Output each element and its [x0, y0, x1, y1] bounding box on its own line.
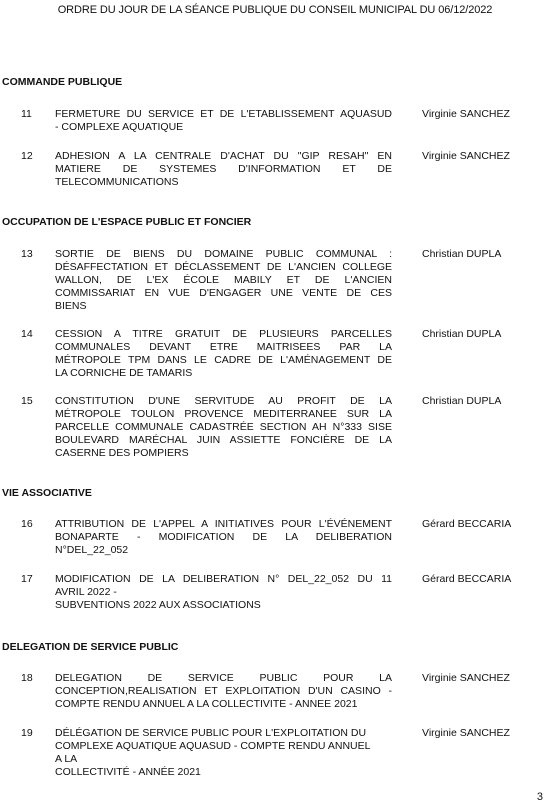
item-text-line: BOULEVARD MARÉCHAL JUIN ASSIETTE FONCIÈR…: [55, 434, 392, 447]
item-text-line: WALLON, DE L'EX ÉCOLE MABILY ET DE L'ANC…: [55, 274, 392, 287]
item-text-line: FERMETURE DU SERVICE ET DE L'ETABLISSEME…: [55, 108, 392, 121]
item-text-line: COLLECTIVITÉ - ANNÉE 2021: [55, 766, 392, 779]
item-text-line: COMPLEXE AQUATIQUE AQUASUD - COMPTE REND…: [55, 740, 392, 753]
item-text-line: CESSION A TITRE GRATUIT DE PLUSIEURS PAR…: [55, 328, 392, 341]
section-heading: VIE ASSOCIATIVE: [2, 487, 92, 499]
item-text-line: DELEGATION DE SERVICE PUBLIC POUR LA: [55, 672, 392, 685]
item-rapporteur: Virginie SANCHEZ: [422, 727, 522, 740]
item-rapporteur: Christian DUPLA: [422, 395, 522, 408]
section-heading: COMMANDE PUBLIQUE: [2, 76, 122, 88]
item-number: 11: [21, 108, 32, 121]
item-text-line: DÉSAFFECTATION ET DÉCLASSEMENT DE L'ANCI…: [55, 261, 392, 274]
item-text-line: BIENS: [55, 300, 392, 313]
item-text-line: COMPTE RENDU ANNUEL A LA COLLECTIVITE - …: [55, 698, 392, 711]
item-text-line: SORTIE DE BIENS DU DOMAINE PUBLIC COMMUN…: [55, 248, 392, 261]
item-number: 14: [21, 328, 33, 341]
item-text-line: TELECOMMUNICATIONS: [55, 176, 392, 189]
section-heading: OCCUPATION DE L'ESPACE PUBLIC ET FONCIER: [2, 216, 251, 228]
item-rapporteur: Christian DUPLA: [422, 328, 522, 341]
item-text: DELEGATION DE SERVICE PUBLIC POUR LACONC…: [55, 672, 392, 711]
item-number: 12: [21, 150, 33, 163]
item-text-line: SUBVENTIONS 2022 AUX ASSOCIATIONS: [55, 599, 392, 612]
item-text-line: COMMISSARIAT EN VUE D'ENGAGER UNE VENTE …: [55, 287, 392, 300]
item-text-line: ATTRIBUTION DE L'APPEL A INITIATIVES POU…: [55, 518, 392, 531]
item-text-line: CASERNE DES POMPIERS: [55, 447, 392, 460]
item-text-line: N°DEL_22_052: [55, 544, 392, 557]
item-text-line: LA CORNICHE DE TAMARIS: [55, 367, 392, 380]
item-text: ADHESION A LA CENTRALE D'ACHAT DU "GIP R…: [55, 150, 392, 189]
item-number: 13: [21, 248, 33, 261]
item-text-line: BONAPARTE - MODIFICATION DE LA DELIBERAT…: [55, 531, 392, 544]
item-number: 17: [21, 573, 33, 586]
section-heading: DELEGATION DE SERVICE PUBLIC: [2, 641, 178, 653]
item-rapporteur: Gérard BECCARIA: [422, 573, 522, 586]
item-rapporteur: Christian DUPLA: [422, 248, 522, 261]
item-rapporteur: Virginie SANCHEZ: [422, 150, 522, 163]
item-text-line: MÉTROPOLE TOULON PROVENCE MEDITERRANEE S…: [55, 408, 392, 421]
item-text: SORTIE DE BIENS DU DOMAINE PUBLIC COMMUN…: [55, 248, 392, 313]
page-header-title: ORDRE DU JOUR DE LA SÉANCE PUBLIQUE DU C…: [0, 4, 550, 16]
item-text-line: CONCEPTION,REALISATION ET EXPLOITATION D…: [55, 685, 392, 698]
item-text-line: AVRIL 2022 -: [55, 586, 392, 599]
item-text: CONSTITUTION D'UNE SERVITUDE AU PROFIT D…: [55, 395, 392, 460]
item-text-line: MATIERE DE SYSTEMES D'INFORMATION ET DE: [55, 163, 392, 176]
item-text-line: MODIFICATION DE LA DELIBERATION N° DEL_2…: [55, 573, 392, 586]
item-text: ATTRIBUTION DE L'APPEL A INITIATIVES POU…: [55, 518, 392, 557]
item-text-line: DÉLÉGATION DE SERVICE PUBLIC POUR L'EXPL…: [55, 727, 392, 740]
item-rapporteur: Gérard BECCARIA: [422, 518, 522, 531]
item-rapporteur: Virginie SANCHEZ: [422, 108, 522, 121]
item-number: 16: [21, 518, 33, 531]
item-text-line: A LA: [55, 753, 392, 766]
item-text-line: COMMUNALES DEVANT ETRE MAITRISEES PAR LA: [55, 341, 392, 354]
item-text-line: - COMPLEXE AQUATIQUE: [55, 121, 392, 134]
item-text-line: ADHESION A LA CENTRALE D'ACHAT DU "GIP R…: [55, 150, 392, 163]
item-text: FERMETURE DU SERVICE ET DE L'ETABLISSEME…: [55, 108, 392, 134]
page-number: 3: [537, 791, 543, 803]
item-rapporteur: Virginie SANCHEZ: [422, 672, 522, 685]
item-number: 19: [21, 727, 33, 740]
item-text-line: PARCELLE COMMUNALE CADASTRÉE SECTION AH …: [55, 421, 392, 434]
item-text: MODIFICATION DE LA DELIBERATION N° DEL_2…: [55, 573, 392, 612]
item-text: DÉLÉGATION DE SERVICE PUBLIC POUR L'EXPL…: [55, 727, 392, 779]
item-text-line: CONSTITUTION D'UNE SERVITUDE AU PROFIT D…: [55, 395, 392, 408]
item-number: 18: [21, 672, 33, 685]
item-text: CESSION A TITRE GRATUIT DE PLUSIEURS PAR…: [55, 328, 392, 380]
item-text-line: MÉTROPOLE TPM DANS LE CADRE DE L'AMÉNAGE…: [55, 354, 392, 367]
item-number: 15: [21, 395, 33, 408]
